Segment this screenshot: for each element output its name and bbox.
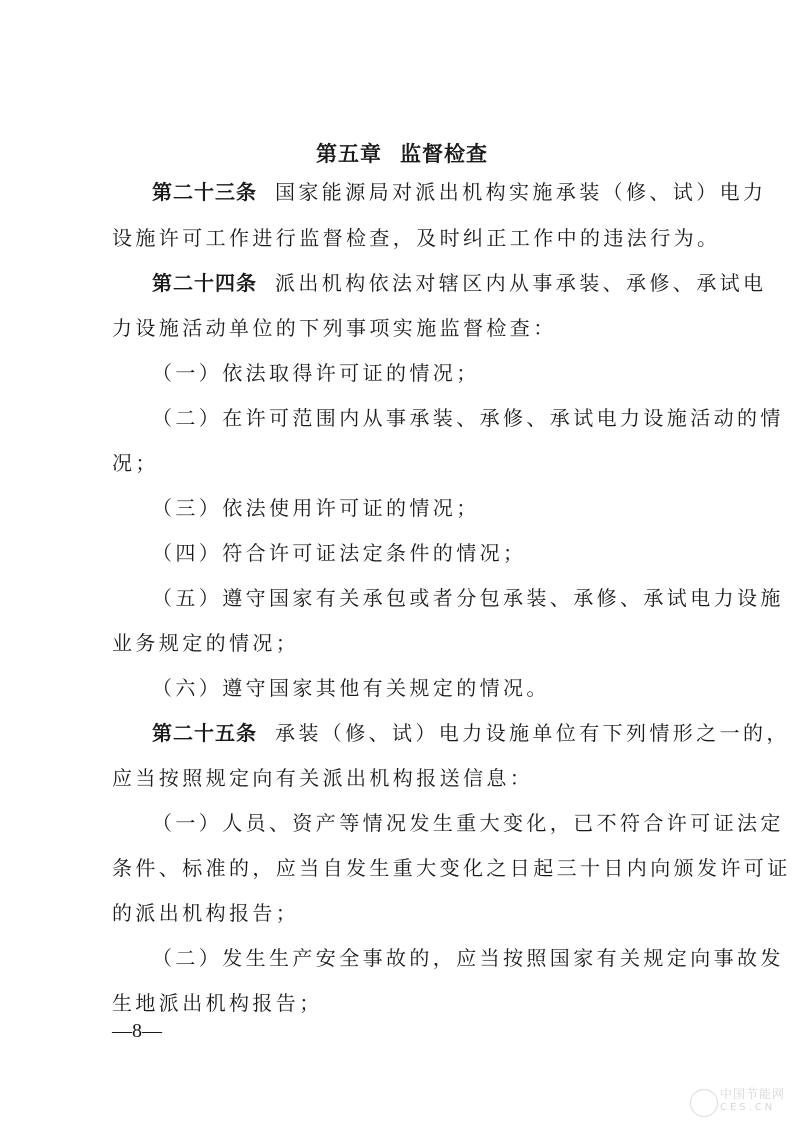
watermark-en: CES.CN xyxy=(720,1102,775,1113)
list-item-cont: 的派出机构报告； xyxy=(112,899,692,927)
paragraph-line: 力设施活动单位的下列事项实施监督检查： xyxy=(112,314,692,342)
list-item: （二）在许可范围内从事承装、承修、承试电力设施活动的情 xyxy=(112,404,732,432)
paragraph-line: 国家能源局对派出机构实施承装（修、试）电力 xyxy=(275,180,766,204)
article-24: 第二十四条派出机构依法对辖区内从事承装、承修、承试电 xyxy=(112,269,732,297)
list-item: （六）遵守国家其他有关规定的情况。 xyxy=(112,674,732,702)
watermark-cn: 中国节能网 xyxy=(720,1085,785,1102)
article-23: 第二十三条国家能源局对派出机构实施承装（修、试）电力 xyxy=(112,178,732,206)
list-item: （五）遵守国家有关承包或者分包承装、承修、承试电力设施 xyxy=(112,584,732,612)
watermark: 中国节能网 CES.CN xyxy=(690,1085,800,1125)
article-25: 第二十五条承装（修、试）电力设施单位有下列情形之一的， xyxy=(112,719,732,747)
paragraph-line: 应当按照规定向有关派出机构报送信息： xyxy=(112,764,692,792)
article-number: 第二十五条 xyxy=(152,721,257,745)
paragraph-line: 设施许可工作进行监督检查，及时纠正工作中的违法行为。 xyxy=(112,224,692,252)
chapter-title: 第五章监督检查 xyxy=(112,140,692,168)
paragraph-line: 承装（修、试）电力设施单位有下列情形之一的， xyxy=(275,721,790,745)
list-item-cont: 业务规定的情况； xyxy=(112,629,692,657)
list-item: （一）人员、资产等情况发生重大变化，已不符合许可证法定 xyxy=(112,809,732,837)
list-item-cont: 况； xyxy=(112,449,692,477)
list-item-cont: 生地派出机构报告； xyxy=(112,989,692,1017)
list-item: （二）发生生产安全事故的，应当按照国家有关规定向事故发 xyxy=(112,944,732,972)
chapter-name: 监督检查 xyxy=(400,142,488,166)
list-item: （四）符合许可证法定条件的情况； xyxy=(112,539,732,567)
article-number: 第二十三条 xyxy=(152,180,257,204)
ces-logo-icon xyxy=(690,1089,718,1117)
list-item-cont: 条件、标准的，应当自发生重大变化之日起三十日内向颁发许可证 xyxy=(112,854,692,882)
paragraph-line: 派出机构依法对辖区内从事承装、承修、承试电 xyxy=(275,271,766,295)
chapter-number: 第五章 xyxy=(316,142,382,166)
list-item: （一）依法取得许可证的情况； xyxy=(112,359,732,387)
article-number: 第二十四条 xyxy=(152,271,257,295)
list-item: （三）依法使用许可证的情况； xyxy=(112,494,732,522)
page-number: —8— xyxy=(112,1020,162,1043)
